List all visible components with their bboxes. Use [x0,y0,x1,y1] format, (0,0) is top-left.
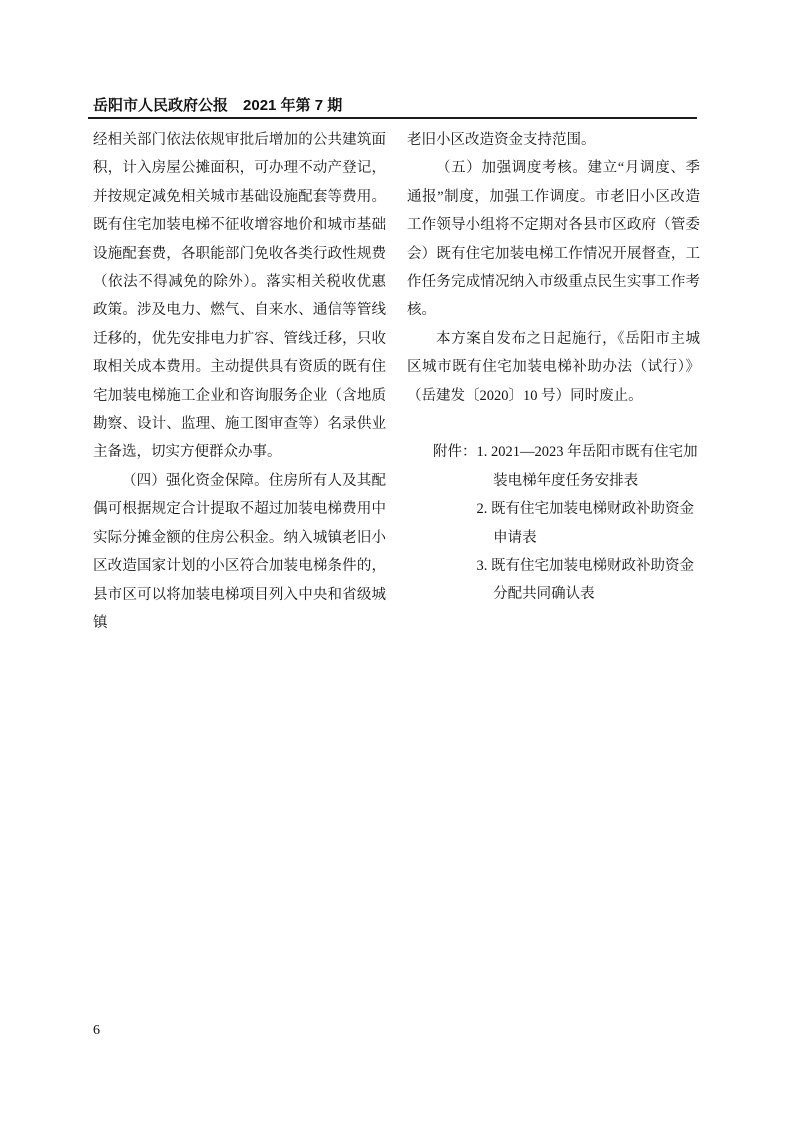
gazette-page: 岳阳市人民政府公报2021 年第 7 期 经相关部门依法依规审批后增加的公共建筑… [0,0,793,1122]
two-column-body: 经相关部门依法依规审批后增加的公共建筑面积，计入房屋公摊面积，可办理不动产登记，… [93,126,700,637]
paragraph-effective-date: 本方案自发布之日起施行，《岳阳市主城区城市既有住宅加装电梯补助办法（试行）》（岳… [407,325,700,410]
paragraph-item-5: （五）加强调度考核。建立“月调度、季通报”制度，加强工作调度。市老旧小区改造工作… [407,154,700,324]
page-number: 6 [93,1023,100,1038]
attachment-item: 1. 2021—2023 年岳阳市既有住宅加装电梯年度任务安排表 [477,438,701,495]
page-footer: 6 [93,1022,100,1040]
paragraph-continuation: 老旧小区改造资金支持范围。 [407,126,700,154]
paragraph-item-4: （四）强化资金保障。住房所有人及其配偶可根据规定合计提取不超过加装电梯费用中实际… [93,467,386,637]
right-column: 老旧小区改造资金支持范围。 （五）加强调度考核。建立“月调度、季通报”制度，加强… [407,126,700,637]
gazette-issue: 2021 年第 7 期 [243,97,342,114]
gazette-title: 岳阳市人民政府公报 [93,97,228,114]
attachments-list: 1. 2021—2023 年岳阳市既有住宅加装电梯年度任务安排表 2. 既有住宅… [477,438,701,608]
attachment-item: 2. 既有住宅加装电梯财政补助资金申请表 [477,495,701,552]
header-rule [88,117,697,119]
left-column: 经相关部门依法依规审批后增加的公共建筑面积，计入房屋公摊面积，可办理不动产登记，… [93,126,386,637]
page-header: 岳阳市人民政府公报2021 年第 7 期 [93,97,342,114]
attachments-label: 附件： [433,438,477,608]
attachments-block: 附件： 1. 2021—2023 年岳阳市既有住宅加装电梯年度任务安排表 2. … [407,438,700,608]
attachment-item: 3. 既有住宅加装电梯财政补助资金分配共同确认表 [477,552,701,609]
paragraph-continuation: 经相关部门依法依规审批后增加的公共建筑面积，计入房屋公摊面积，可办理不动产登记，… [93,126,386,467]
